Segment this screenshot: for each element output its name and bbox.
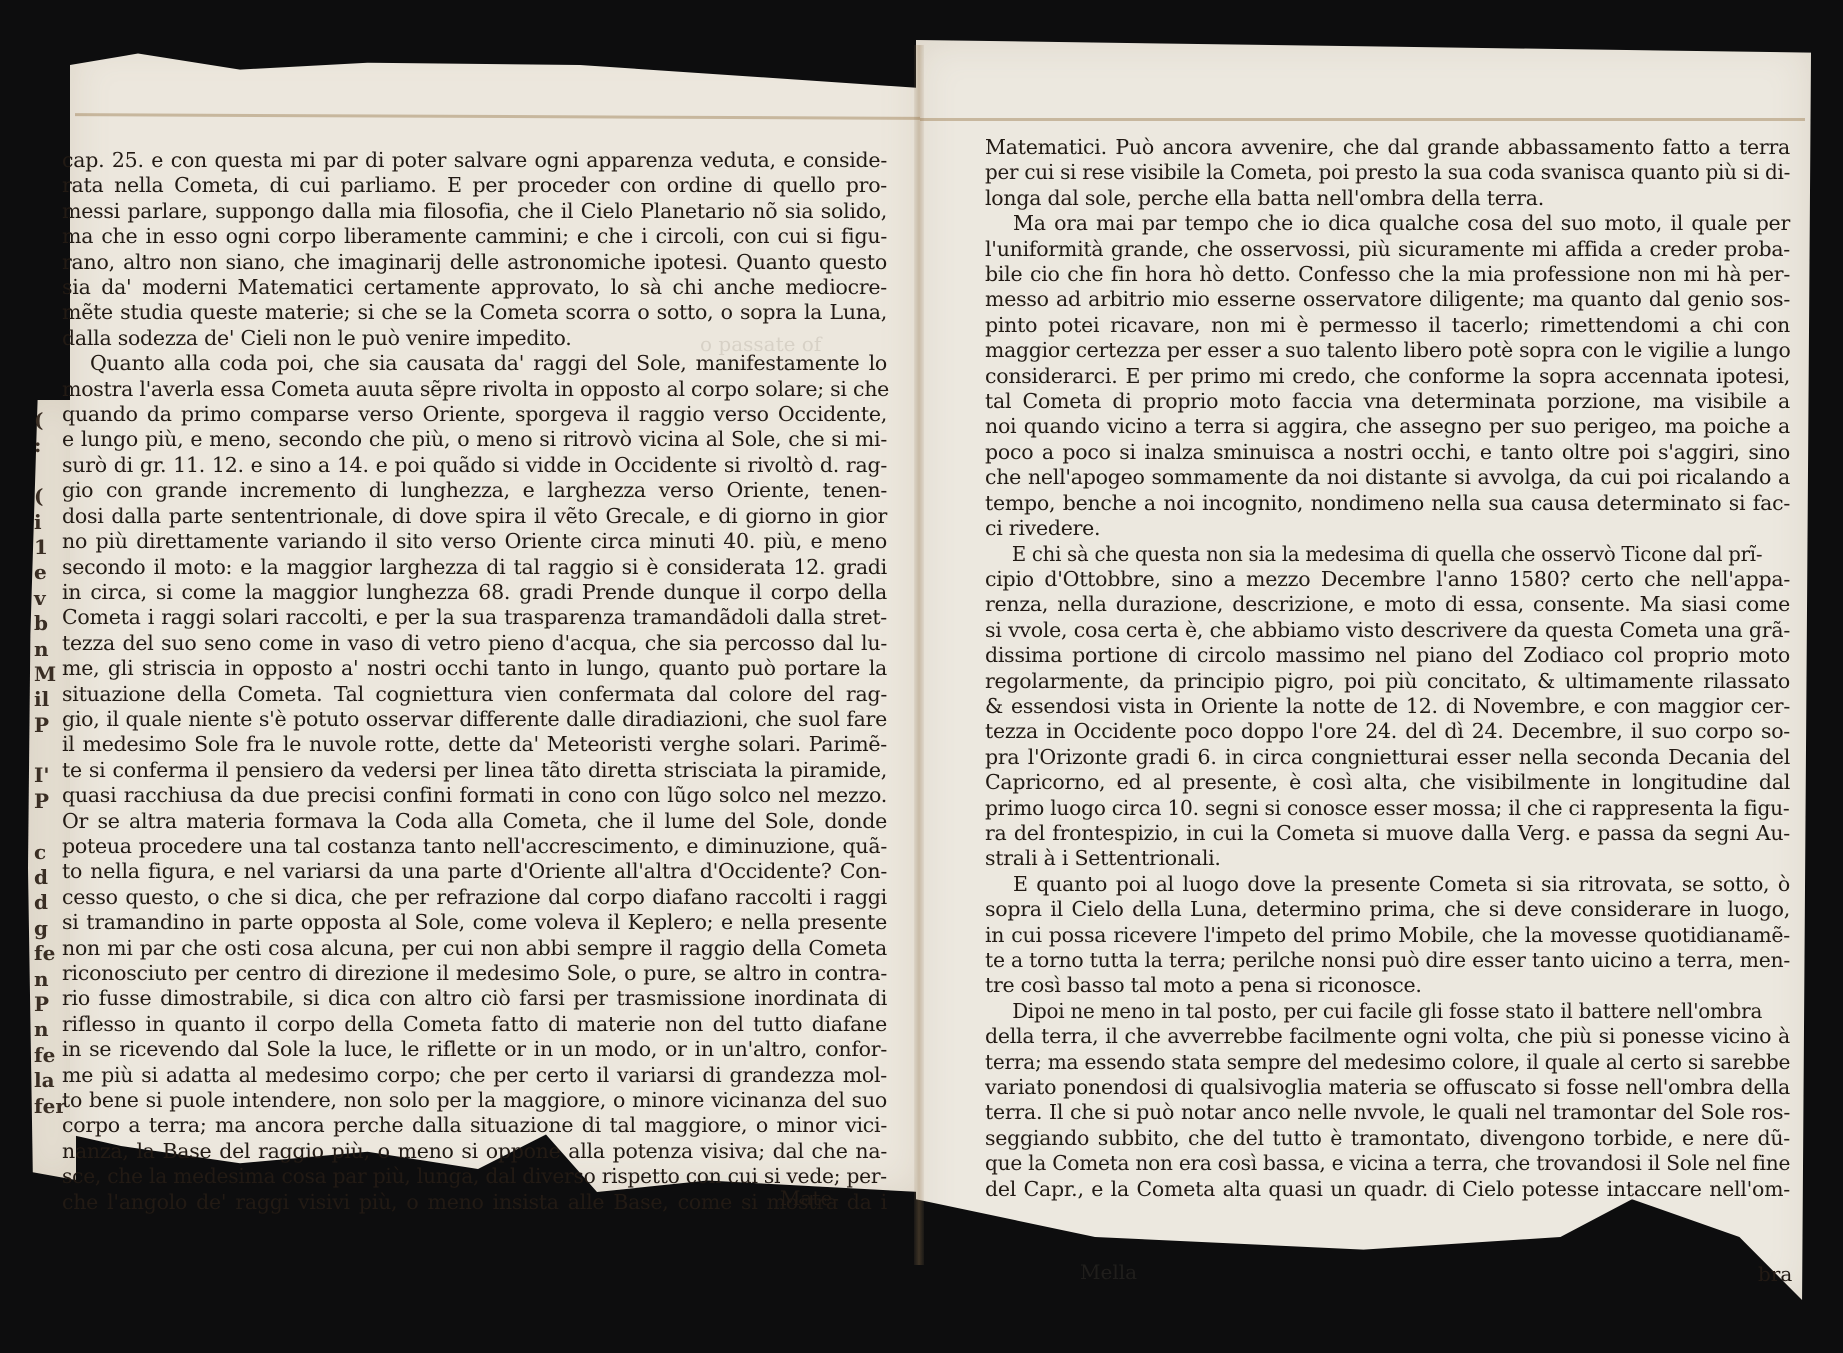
text-line: E quanto poi al luogo dove la presente C… [985,872,1790,897]
text-line: si tramandino in parte opposta al Sole, … [62,910,887,935]
text-line: dosi dalla parte sententrionale, di dove… [62,504,887,529]
text-line: seggiando subbito, che del tutto è tramo… [985,1126,1790,1151]
text-line: mostra l'averla essa Cometa auuta sẽpre … [62,377,887,402]
text-line: quasi racchiusa da due precisi confini f… [62,783,887,808]
text-line: corpo a terra; ma ancora perche dalla si… [62,1113,887,1138]
text-line: quando da primo comparse verso Oriente, … [62,402,887,427]
text-line: in se ricevendo dal Sole la luce, le rif… [62,1037,887,1062]
text-line: me, gli striscia in opposto a' nostri oc… [62,656,887,681]
text-line: cipio d'Ottobbre, sino a mezzo Decembre … [985,567,1790,592]
text-line: in circa, si come la maggior lunghezza 6… [62,580,887,605]
text-line: messo ad arbitrio mio esserne osservator… [985,287,1790,312]
text-line: primo luogo circa 10. segni si conosce e… [985,796,1790,821]
text-line: to bene si puole intendere, non solo per… [62,1088,887,1113]
text-line: riconosciuto per centro di direzione il … [62,961,887,986]
text-line: tre così basso tal moto a pena si ricono… [985,973,1790,998]
text-line: terra; ma essendo stata sempre del medes… [985,1050,1790,1075]
text-line: tempo, benche a noi incognito, nondimeno… [985,491,1790,516]
text-line: Capricorno, ed al presente, è così alta,… [985,770,1790,795]
text-line: dissima portione di circolo massimo nel … [985,643,1790,668]
text-line: maggior certezza per esser a suo talento… [985,338,1790,363]
text-line: riflesso in quanto il corpo della Cometa… [62,1012,887,1037]
text-line: no più direttamente variando il sito ver… [62,529,887,554]
text-line: pra l'Orizonte gradi 6. in circa congnie… [985,745,1790,770]
fold-stain-right [920,118,1805,121]
text-line: in cui possa ricevere l'impeto del primo… [985,923,1790,948]
text-line: Or se altra materia formava la Coda alla… [62,809,887,834]
text-line: pinto potei ricavare, non mi è permesso … [985,313,1790,338]
text-line: to nella figura, e nel variarsi da una p… [62,859,887,884]
show-through-text: Mella [1080,1260,1137,1284]
text-line: te a torno tutta la terra; perilche nons… [985,948,1790,973]
text-line: si vvole, cosa certa è, che abbiamo vist… [985,618,1790,643]
text-line: del Capr., e la Cometa alta quasi un qua… [985,1177,1790,1202]
text-line: Cometa i raggi solari raccolti, e per la… [62,605,887,630]
text-line: regolarmente, da principio pigro, poi pi… [985,669,1790,694]
text-line: considerarci. E per primo mi credo, che … [985,364,1790,389]
text-line: te si conferma il pensiero da vedersi pe… [62,758,887,783]
left-catchword: Mate- [780,1186,839,1210]
right-page-text: Matematici. Può ancora avvenire, che dal… [985,135,1790,1202]
text-line: cesso questo, o che si dica, che per ref… [62,885,887,910]
text-line: ci rivedere. [985,516,1790,541]
text-line: che l'angolo de' raggi visivi più, o men… [62,1190,887,1215]
text-line: sce, che la medesima cosa par più, lunga… [62,1164,887,1189]
text-line: e lungo più, e meno, secondo che più, o … [62,427,887,452]
text-line: per cui si rese visibile la Cometa, poi … [985,160,1790,185]
text-line: rata nella Cometa, di cui parliamo. E pe… [62,173,887,198]
text-line: messi parlare, suppongo dalla mia filoso… [62,199,887,224]
text-line: sia da' moderni Matematici certamente ap… [62,275,887,300]
text-line: tal Cometa di proprio moto faccia vna de… [985,389,1790,414]
text-line: l'uniformità grande, che osservossi, più… [985,237,1790,262]
text-line: dalla sodezza de' Cieli non le può venir… [62,326,887,351]
text-line: me più si adatta al medesimo corpo; che … [62,1063,887,1088]
text-line: Matematici. Può ancora avvenire, che dal… [985,135,1790,160]
text-line: che nell'apogeo sommamente da noi distan… [985,465,1790,490]
text-line: ra del frontespizio, in cui la Cometa si… [985,821,1790,846]
text-line: nanza, la Base del raggio più, o meno si… [62,1139,887,1164]
text-line: situazione della Cometa. Tal cogniettura… [62,682,887,707]
text-line: sopra il Cielo della Luna, determino pri… [985,897,1790,922]
text-line: noi quando vicino a terra si aggira, che… [985,414,1790,439]
text-line: rio fusse dimostrabile, si dica con altr… [62,986,887,1011]
text-line: ma che in esso ogni corpo liberamente ca… [62,224,887,249]
text-line: rano, altro non siano, che imaginarij de… [62,250,887,275]
text-line: strali à i Settentrionali. [985,846,1790,871]
text-line: longa dal sole, perche ella batta nell'o… [985,186,1790,211]
text-line: Ma ora mai par tempo che io dica qualche… [985,211,1790,236]
text-line: & essendosi vista in Oriente la notte de… [985,694,1790,719]
text-line: poteua procedere una tal costanza tanto … [62,834,887,859]
text-line: poco a poco si inalza sminuisca a nostri… [985,440,1790,465]
text-line: Quanto alla coda poi, che sia causata da… [62,351,887,376]
text-line: mẽte studia queste materie; si che se la… [62,300,887,325]
text-line: gio con grande incremento di lunghezza, … [62,478,887,503]
text-line: non mi par che osti cosa alcuna, per cui… [62,936,887,961]
right-catchword: bra [1758,1262,1792,1286]
text-line: secondo il moto: e la maggior larghezza … [62,555,887,580]
text-line: renza, nella durazione, descrizione, e m… [985,592,1790,617]
text-line: cap. 25. e con questa mi par di poter sa… [62,148,887,173]
text-line: gio, il quale niente s'è potuto osservar… [62,707,887,732]
text-line: della terra, il che avverrebbe facilment… [985,1024,1790,1049]
text-line: variato ponendosi di qualsivoglia materi… [985,1075,1790,1100]
text-line: E chi sà che questa non sia la medesima … [985,542,1789,567]
text-line: tezza del suo seno come in vaso di vetro… [62,631,887,656]
text-line: bile cio che fin hora hò detto. Confesso… [985,262,1790,287]
text-line: Dipoi ne meno in tal posto, per cui faci… [985,999,1789,1024]
left-page-text: cap. 25. e con questa mi par di poter sa… [62,148,887,1215]
text-line: que la Cometa non era così bassa, e vici… [985,1151,1790,1176]
text-line: il medesimo Sole fra le nuvole rotte, de… [62,732,887,757]
center-gutter [914,45,924,1265]
text-line: tezza in Occidente poco doppo l'ore 24. … [985,719,1790,744]
text-line: surò di gr. 11. 12. e sino a 14. e poi q… [62,453,887,478]
text-line: terra. Il che si può notar anco nelle nv… [985,1100,1790,1125]
